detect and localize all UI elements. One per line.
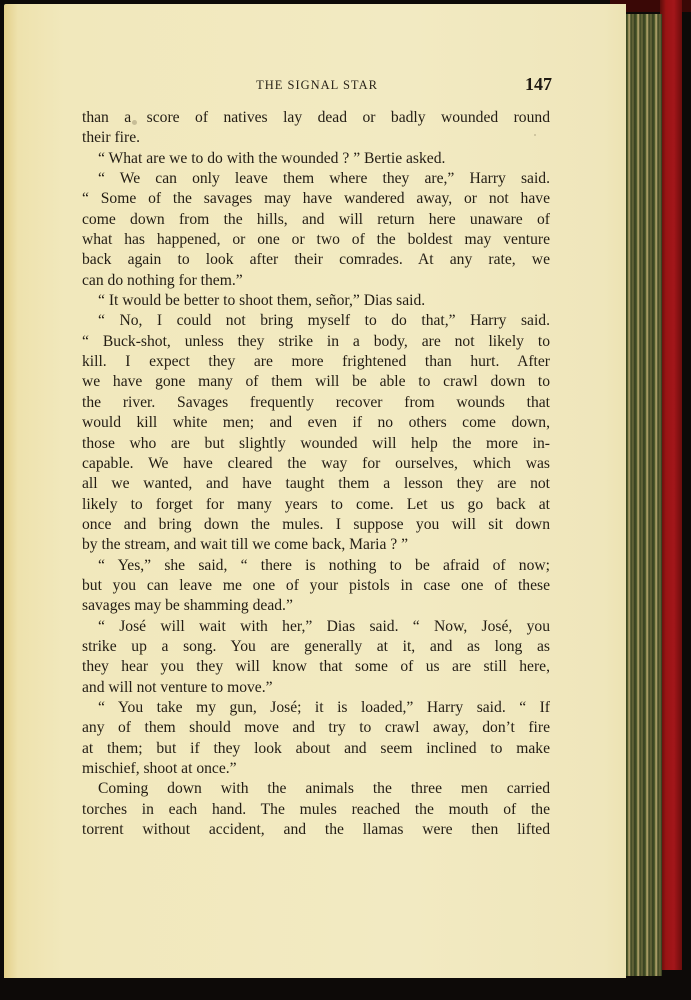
text-line: what has happened, or one or two of the … xyxy=(82,230,550,250)
text-line: “ No, I could not bring myself to do tha… xyxy=(82,311,550,331)
text-line: their fire. xyxy=(82,128,550,148)
text-line: any of them should move and try to crawl… xyxy=(82,718,550,738)
page-header: THE SIGNAL STAR 147 xyxy=(82,74,552,96)
text-line: the river. Savages frequently recover fr… xyxy=(82,393,550,413)
text-line: “ Some of the savages may have wandered … xyxy=(82,189,550,209)
text-line: “ José will wait with her,” Dias said. “… xyxy=(82,617,550,637)
text-line: “ What are we to do with the wounded ? ”… xyxy=(82,149,550,169)
text-line: would kill white men; and even if no oth… xyxy=(82,413,550,433)
text-line: torrent without accident, and the llamas… xyxy=(82,820,550,840)
text-line: once and bring down the mules. I suppose… xyxy=(82,515,550,535)
text-line: at them; but if they look about and seem… xyxy=(82,739,550,759)
text-line: “ Buck-shot, unless they strike in a bod… xyxy=(82,332,550,352)
text-line: those who are but slightly wounded will … xyxy=(82,434,550,454)
text-line: by the stream, and wait till we come bac… xyxy=(82,535,550,555)
text-line: we have gone many of them will be able t… xyxy=(82,372,550,392)
text-line: “ We can only leave them where they are,… xyxy=(82,169,550,189)
text-line: and will not venture to move.” xyxy=(82,678,550,698)
text-line: they hear you they will know that some o… xyxy=(82,657,550,677)
text-line: kill. I expect they are more frightened … xyxy=(82,352,550,372)
text-line: but you can leave me one of your pistols… xyxy=(82,576,550,596)
text-line: capable. We have cleared the way for our… xyxy=(82,454,550,474)
text-line: Coming down with the animals the three m… xyxy=(82,779,550,799)
text-line: “ It would be better to shoot them, seño… xyxy=(82,291,550,311)
text-line: “ You take my gun, José; it is loaded,” … xyxy=(82,698,550,718)
text-line: than a score of natives lay dead or badl… xyxy=(82,108,550,128)
text-line: “ Yes,” she said, “ there is nothing to … xyxy=(82,556,550,576)
text-line: likely to forget for many years to come.… xyxy=(82,495,550,515)
text-line: savages may be shamming dead.” xyxy=(82,596,550,616)
text-line: strike up a song. You are generally at i… xyxy=(82,637,550,657)
page-number: 147 xyxy=(525,74,552,95)
text-line: back again to look after their comrades.… xyxy=(82,250,550,270)
book-cover-red xyxy=(660,0,682,970)
text-line: come down from the hills, and will retur… xyxy=(82,210,550,230)
running-head: THE SIGNAL STAR xyxy=(82,78,552,93)
text-line: mischief, shoot at once.” xyxy=(82,759,550,779)
page-edges xyxy=(626,14,662,976)
text-line: can do nothing for them.” xyxy=(82,271,550,291)
body-text: than a score of natives lay dead or badl… xyxy=(82,108,550,840)
text-line: torches in each hand. The mules reached … xyxy=(82,800,550,820)
text-line: all we wanted, and have taught them a le… xyxy=(82,474,550,494)
